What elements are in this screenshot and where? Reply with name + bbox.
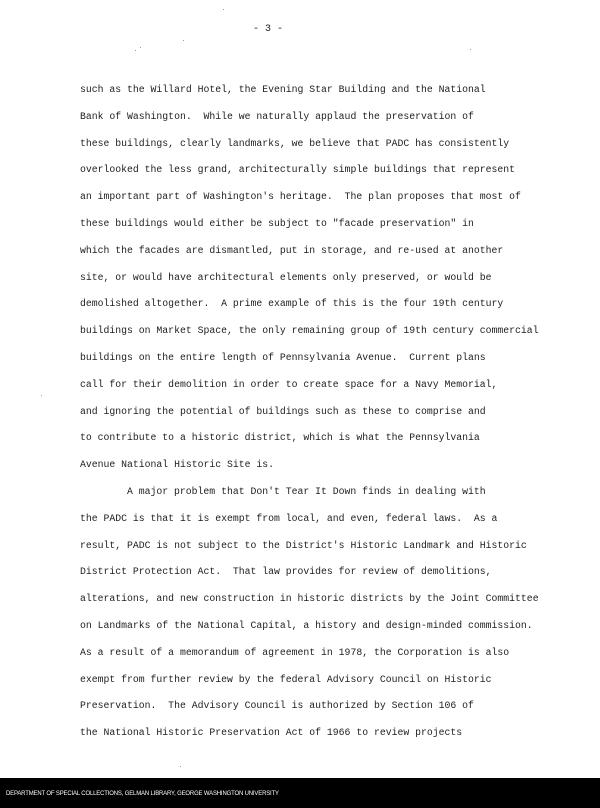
page-number: - 3 - xyxy=(0,24,536,35)
text-line: buildings on Market Space, the only rema… xyxy=(80,318,580,345)
text-line: A major problem that Don't Tear It Down … xyxy=(80,479,580,506)
scan-speck xyxy=(180,766,181,767)
scan-speck xyxy=(470,49,471,50)
text-line: call for their demolition in order to cr… xyxy=(80,372,580,399)
scan-speck xyxy=(223,9,224,10)
text-line: and ignoring the potential of buildings … xyxy=(80,399,580,426)
text-line: District Protection Act. That law provid… xyxy=(80,559,580,586)
text-line: to contribute to a historic district, wh… xyxy=(80,425,580,452)
text-line: As a result of a memorandum of agreement… xyxy=(80,640,580,667)
archive-credit-text: DEPARTMENT OF SPECIAL COLLECTIONS, GELMA… xyxy=(6,790,279,797)
scan-speck xyxy=(140,47,141,48)
paragraph-1: such as the Willard Hotel, the Evening S… xyxy=(80,77,580,479)
text-line: these buildings, clearly landmarks, we b… xyxy=(80,131,580,158)
text-line: result, PADC is not subject to the Distr… xyxy=(80,533,580,560)
text-line: these buildings would either be subject … xyxy=(80,211,580,238)
scan-speck xyxy=(41,395,42,396)
text-line: the National Historic Preservation Act o… xyxy=(80,720,580,747)
text-line: Bank of Washington. While we naturally a… xyxy=(80,104,580,131)
paragraph-2: A major problem that Don't Tear It Down … xyxy=(80,479,580,747)
text-line: an important part of Washington's herita… xyxy=(80,184,580,211)
document-page: - 3 - such as the Willard Hotel, the Eve… xyxy=(0,0,600,778)
document-body: such as the Willard Hotel, the Evening S… xyxy=(80,77,580,747)
text-line: site, or would have architectural elemen… xyxy=(80,265,580,292)
text-line: which the facades are dismantled, put in… xyxy=(80,238,580,265)
text-line: exempt from further review by the federa… xyxy=(80,667,580,694)
text-line: alterations, and new construction in his… xyxy=(80,586,580,613)
text-line: Avenue National Historic Site is. xyxy=(80,452,580,479)
text-line: Preservation. The Advisory Council is au… xyxy=(80,693,580,720)
scan-speck xyxy=(183,40,184,41)
text-line: the PADC is that it is exempt from local… xyxy=(80,506,580,533)
archive-credit-bar: DEPARTMENT OF SPECIAL COLLECTIONS, GELMA… xyxy=(0,778,600,808)
text-line: demolished altogether. A prime example o… xyxy=(80,291,580,318)
text-line: on Landmarks of the National Capital, a … xyxy=(80,613,580,640)
text-line: buildings on the entire length of Pennsy… xyxy=(80,345,580,372)
text-line: overlooked the less grand, architectural… xyxy=(80,157,580,184)
scan-speck xyxy=(135,50,136,51)
text-line: such as the Willard Hotel, the Evening S… xyxy=(80,77,580,104)
